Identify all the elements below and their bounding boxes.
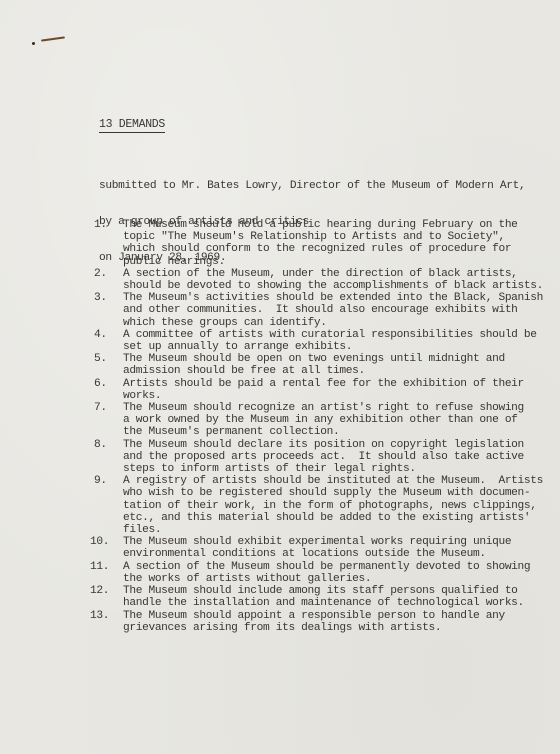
demand-text: A section of the Museum, under the direc…: [123, 268, 543, 292]
ink-dash: [41, 36, 65, 41]
demand-text: Artists should be paid a rental fee for …: [123, 378, 530, 402]
demand-text: A section of the Museum should be perman…: [123, 561, 530, 585]
demand-text: A committee of artists with curatorial r…: [123, 329, 537, 353]
demand-number: 10.: [90, 536, 123, 560]
demand-item: 3.The Museum's activities should be exte…: [90, 292, 530, 329]
demand-item: 5.The Museum should be open on two eveni…: [90, 353, 530, 377]
demand-number: 11.: [90, 561, 123, 585]
demand-text: A registry of artists should be institut…: [123, 475, 543, 536]
demand-number: 5.: [90, 353, 123, 377]
demand-text: The Museum should appoint a responsible …: [123, 610, 530, 634]
demand-text: The Museum should include among its staf…: [123, 585, 530, 609]
demand-item: 10.The Museum should exhibit experimenta…: [90, 536, 530, 560]
demand-text: The Museum should be open on two evening…: [123, 353, 530, 377]
demand-number: 9.: [90, 475, 123, 536]
typewritten-page: 13 DEMANDS submitted to Mr. Bates Lowry,…: [0, 0, 560, 754]
intro-line: submitted to Mr. Bates Lowry, Director o…: [99, 180, 525, 192]
demand-item: 1.The Museum should hold a public hearin…: [90, 219, 530, 268]
ink-dot: [32, 42, 35, 45]
demand-number: 8.: [90, 439, 123, 476]
demand-item: 4.A committee of artists with curatorial…: [90, 329, 530, 353]
demand-item: 13.The Museum should appoint a responsib…: [90, 610, 530, 634]
demand-number: 1.: [90, 219, 123, 268]
ink-mark: [32, 36, 68, 44]
demand-number: 6.: [90, 378, 123, 402]
demand-item: 9.A registry of artists should be instit…: [90, 475, 530, 536]
demand-text: The Museum's activities should be extend…: [123, 292, 543, 329]
demand-text: The Museum should recognize an artist's …: [123, 402, 530, 439]
demand-number: 12.: [90, 585, 123, 609]
demand-text: The Museum should hold a public hearing …: [123, 219, 530, 268]
demand-number: 2.: [90, 268, 123, 292]
demand-text: The Museum should declare its position o…: [123, 439, 530, 476]
demands-list: 1.The Museum should hold a public hearin…: [90, 219, 530, 634]
demand-item: 6.Artists should be paid a rental fee fo…: [90, 378, 530, 402]
demand-item: 12.The Museum should include among its s…: [90, 585, 530, 609]
demand-item: 8.The Museum should declare its position…: [90, 439, 530, 476]
demand-number: 3.: [90, 292, 123, 329]
demand-item: 11.A section of the Museum should be per…: [90, 561, 530, 585]
demand-number: 4.: [90, 329, 123, 353]
demand-item: 7.The Museum should recognize an artist'…: [90, 402, 530, 439]
demand-item: 2.A section of the Museum, under the dir…: [90, 268, 530, 292]
document-title: 13 DEMANDS: [99, 118, 165, 133]
demand-number: 13.: [90, 610, 123, 634]
demand-number: 7.: [90, 402, 123, 439]
demand-text: The Museum should exhibit experimental w…: [123, 536, 530, 560]
